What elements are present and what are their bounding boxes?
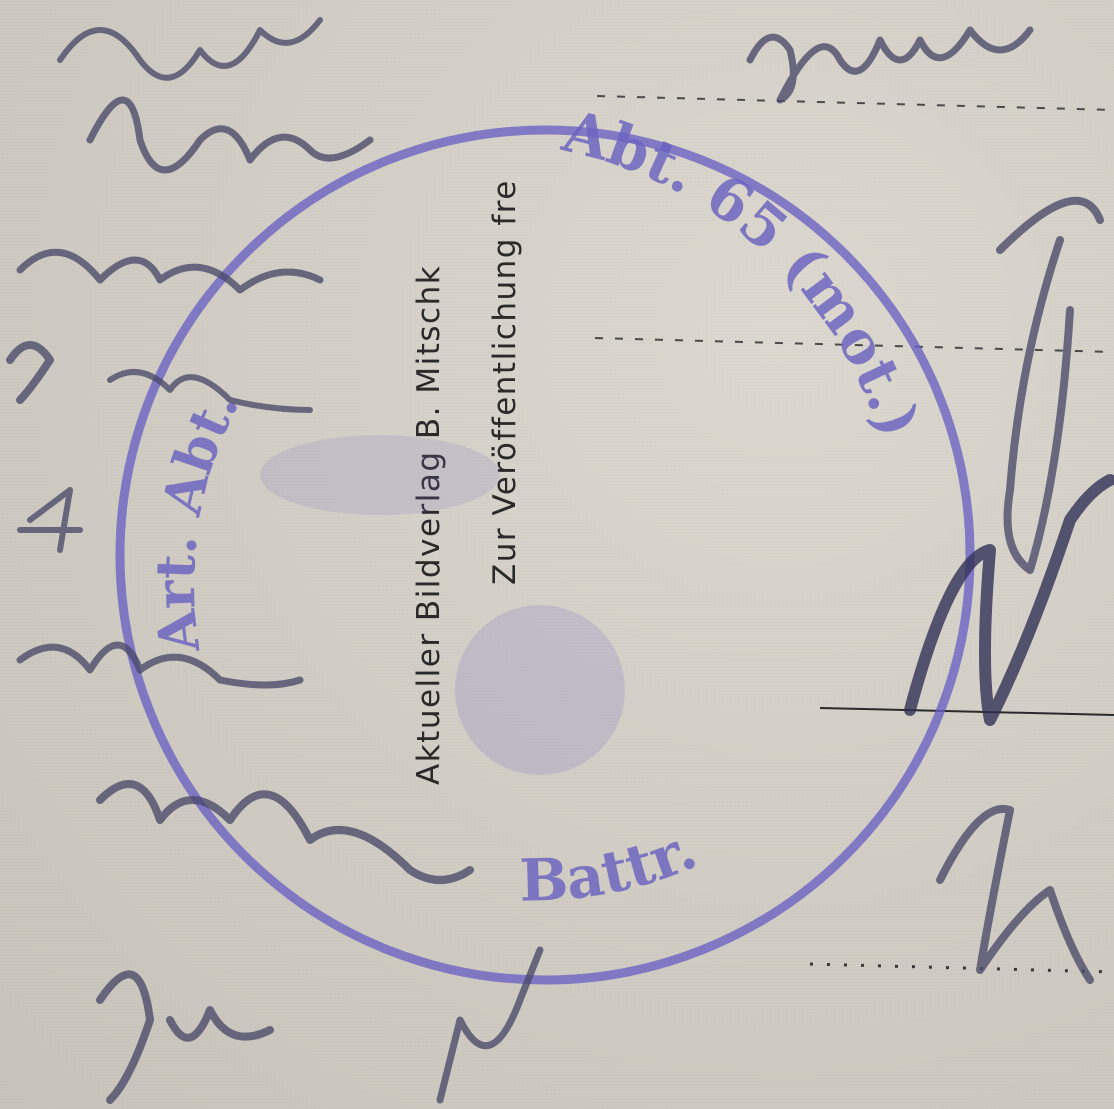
pencil-handwriting (0, 0, 1114, 1109)
postcard-photo: Aktueller Bildverlag B. Mitschk Zur Verö… (0, 0, 1114, 1109)
